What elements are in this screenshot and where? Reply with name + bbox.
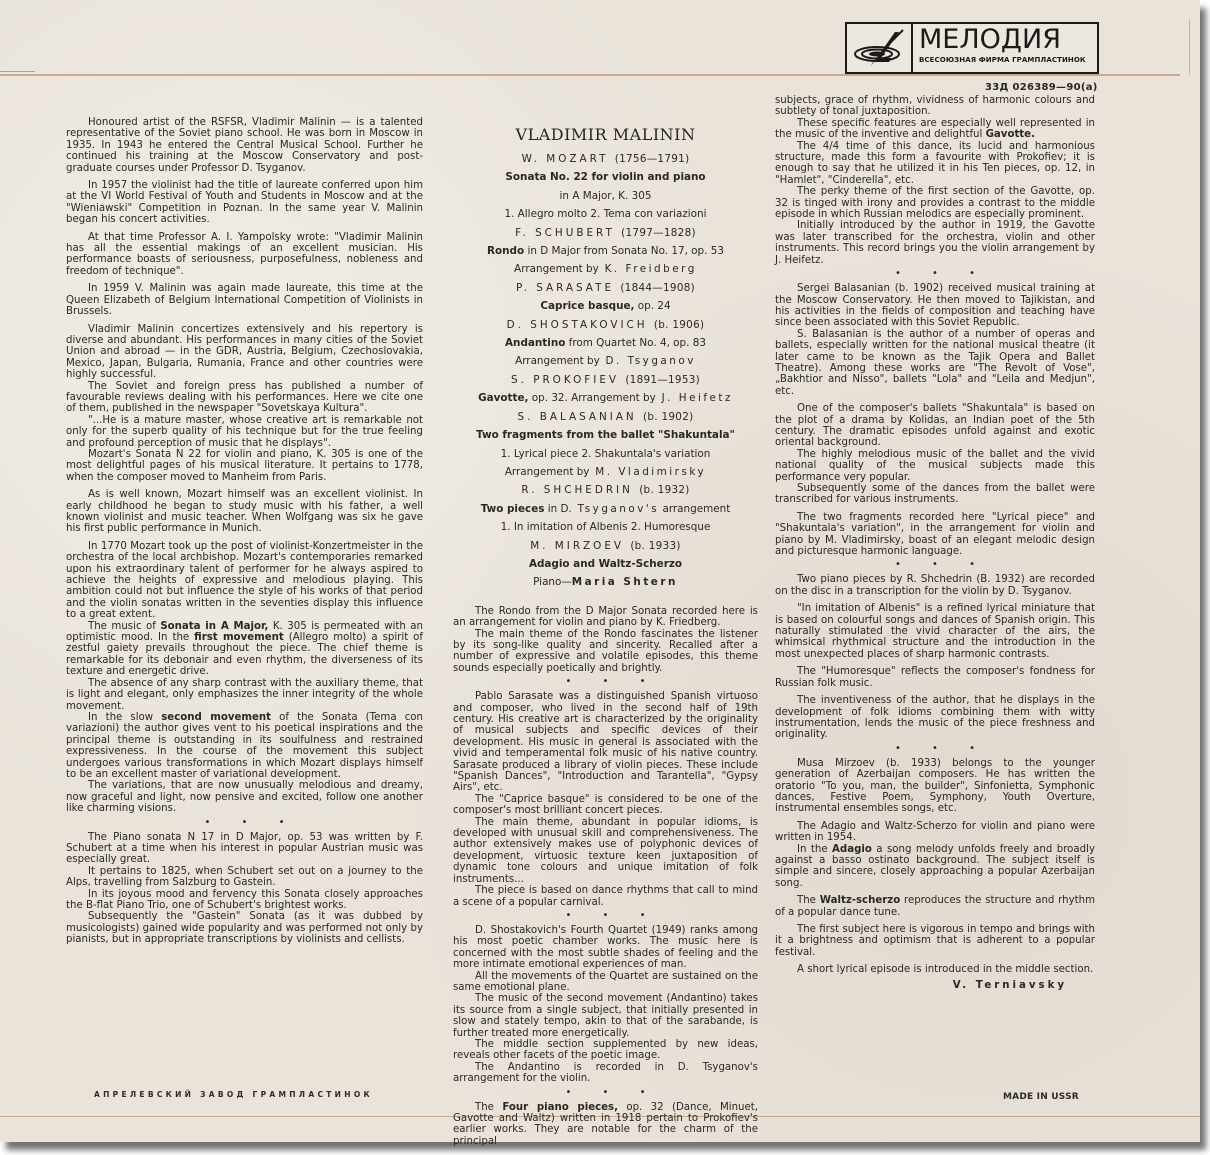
- section-divider: • • •: [789, 267, 1095, 280]
- composer-line: F. SCHUBERT (1797—1828): [453, 224, 758, 242]
- paragraph: The Piano sonata N 17 in D Major, op. 53…: [66, 832, 423, 866]
- paragraph: The inventiveness of the author, that he…: [775, 695, 1095, 741]
- paragraph: In the slow second movement of the Sonat…: [66, 712, 423, 780]
- paragraph: The 4/4 time of this dance, its lucid an…: [775, 141, 1095, 187]
- work-line: Rondo in D Major from Sonata No. 17, op.…: [453, 242, 758, 260]
- paragraph: The Four piano pieces, op. 32 (Dance, Mi…: [453, 1102, 758, 1148]
- paragraph: S. Balasanian is the author of a number …: [775, 329, 1095, 397]
- paragraph: At that time Professor A. I. Yampolsky w…: [66, 232, 423, 278]
- plant-name: АПРЕЛЕВСКИЙ ЗАВОД ГРАМПЛАСТИНОК: [94, 1090, 373, 1099]
- fold-mark: [0, 71, 35, 72]
- paragraph: The Waltz-scherzo reproduces the structu…: [775, 895, 1095, 918]
- paragraph: The "Humoresque" reflects the composer's…: [775, 666, 1095, 689]
- paragraph: The two fragments recorded here "Lyrical…: [775, 512, 1095, 558]
- work-line: 1. Lyrical piece 2. Shakuntala's variati…: [453, 445, 758, 463]
- paragraph: Musa Mirzoev (b. 1933) belongs to the yo…: [775, 758, 1095, 815]
- paragraph: Pablo Sarasate was a distinguished Spani…: [453, 691, 758, 794]
- paragraph: The absence of any sharp contrast with t…: [66, 678, 423, 712]
- paragraph: In the Adagio a song melody unfolds free…: [775, 844, 1095, 890]
- artist-name: VLADIMIR MALININ: [453, 125, 758, 145]
- paragraph: Mozart's Sonata N 22 for violin and pian…: [66, 449, 423, 483]
- paragraph: A short lyrical episode is introduced in…: [775, 964, 1095, 975]
- paragraph: It pertains to 1825, when Schubert set o…: [66, 866, 423, 889]
- section-divider: • • •: [467, 909, 758, 922]
- work-line: Arrangement by K. Freidberg: [453, 260, 758, 278]
- paragraph: The "Caprice basque" is considered to be…: [453, 794, 758, 817]
- section-divider: • • •: [467, 675, 758, 688]
- paragraph: The Soviet and foreign press has publish…: [66, 381, 423, 415]
- composer-line: D. SHOSTAKOVICH (b. 1906): [453, 316, 758, 334]
- work-line: Gavotte, op. 32. Arrangement by J. Heife…: [453, 389, 758, 407]
- paragraph: In 1959 V. Malinin was again made laurea…: [66, 283, 423, 317]
- composer-line: S. BALASANIAN (b. 1902): [453, 408, 758, 426]
- composer-line: P. SARASATE (1844—1908): [453, 279, 758, 297]
- paragraph: The music of Sonata in A Major, K. 305 i…: [66, 621, 423, 678]
- work-line: Two fragments from the ballet "Shakuntal…: [453, 426, 758, 444]
- paragraph: Subsequently some of the dances from the…: [775, 483, 1095, 506]
- paragraph: One of the composer's ballets "Shakuntal…: [775, 403, 1095, 449]
- paragraph: These specific features are especially w…: [775, 118, 1095, 141]
- section-divider: • • •: [467, 1086, 758, 1099]
- paragraph: "...He is a mature master, whose creativ…: [66, 415, 423, 449]
- paragraph: All the movements of the Quartet are sus…: [453, 971, 758, 994]
- work-line: Sonata No. 22 for violin and piano: [453, 168, 758, 186]
- work-line: Adagio and Waltz-Scherzo: [453, 555, 758, 573]
- paragraph: The Adagio and Waltz-Scherzo for violin …: [775, 821, 1095, 844]
- sleeve-flap: [1179, 20, 1190, 75]
- paragraph: Subsequently the "Gastein" Sonata (as it…: [66, 911, 423, 945]
- paragraph: The perky theme of the first section of …: [775, 186, 1095, 220]
- left-column: Honoured artist of the RSFSR, Vladimir M…: [66, 117, 423, 946]
- program-listing: VLADIMIR MALININ W. MOZART (1756—1791)So…: [453, 125, 758, 592]
- track-list: W. MOZART (1756—1791)Sonata No. 22 for v…: [453, 150, 758, 592]
- composer-line: S. PROKOFIEV (1891—1953): [453, 371, 758, 389]
- paragraph: The first subject here is vigorous in te…: [775, 924, 1095, 958]
- composer-line: R. SHCHEDRIN (b. 1932): [453, 481, 758, 499]
- label-name: МЕЛОДИЯ: [919, 26, 1093, 54]
- top-fold-line: [0, 74, 1180, 76]
- label-subtitle: ВСЕСОЮЗНАЯ ФИРМА ГРАМПЛАСТИНОК: [919, 56, 1093, 64]
- paragraph: The Andantino is recorded in D. Tsyganov…: [453, 1062, 758, 1085]
- work-line: 1. In imitation of Albenis 2. Humoresque: [453, 518, 758, 536]
- paragraph: Initially introduced by the author in 19…: [775, 220, 1095, 266]
- paragraph: The middle section supplemented by new i…: [453, 1039, 758, 1062]
- paragraph: The music of the second movement (Andant…: [453, 993, 758, 1039]
- composer-line: M. MIRZOEV (b. 1933): [453, 537, 758, 555]
- paragraph: The piece is based on dance rhythms that…: [453, 885, 758, 908]
- section-divider: • • •: [80, 816, 423, 829]
- paragraph: In 1957 the violinist had the title of l…: [66, 180, 423, 226]
- work-line: in A Major, K. 305: [453, 187, 758, 205]
- paragraph: Two piano pieces by R. Shchedrin (B. 193…: [775, 574, 1095, 597]
- right-notes: subjects, grace of rhythm, vividness of …: [775, 95, 1095, 976]
- work-line: Two pieces in D. Tsyganov's arrangement: [453, 500, 758, 518]
- right-column: subjects, grace of rhythm, vividness of …: [775, 95, 1095, 991]
- middle-notes: The Rondo from the D Major Sonata record…: [453, 606, 758, 1147]
- paragraph: In its joyous mood and fervency this Son…: [66, 889, 423, 912]
- paragraph: Sergei Balasanian (b. 1902) received mus…: [775, 283, 1095, 329]
- composer-line: W. MOZART (1756—1791): [453, 150, 758, 168]
- paragraph: The Rondo from the D Major Sonata record…: [453, 606, 758, 629]
- author-signature: V. Terniavsky: [775, 980, 1095, 991]
- paragraph: Vladimir Malinin concertizes extensively…: [66, 324, 423, 381]
- paragraph: The variations, that are now unusually m…: [66, 780, 423, 814]
- record-sleeve-back: МЕЛОДИЯ ВСЕСОЮЗНАЯ ФИРМА ГРАМПЛАСТИНОК 3…: [0, 0, 1200, 1142]
- work-line: Piano—Maria Shtern: [453, 573, 758, 591]
- melodiya-logo: МЕЛОДИЯ ВСЕСОЮЗНАЯ ФИРМА ГРАМПЛАСТИНОК: [845, 22, 1099, 74]
- paragraph: The highly melodious music of the ballet…: [775, 449, 1095, 483]
- paragraph: As is well known, Mozart himself was an …: [66, 489, 423, 535]
- paragraph: The main theme, abundant in popular idio…: [453, 817, 758, 885]
- work-line: Caprice basque, op. 24: [453, 297, 758, 315]
- middle-column: VLADIMIR MALININ W. MOZART (1756—1791)So…: [453, 117, 758, 1147]
- paragraph: The main theme of the Rondo fascinates t…: [453, 629, 758, 675]
- paragraph: subjects, grace of rhythm, vividness of …: [775, 95, 1095, 118]
- paragraph: "In imitation of Albenis" is a refined l…: [775, 603, 1095, 660]
- paragraph: Honoured artist of the RSFSR, Vladimir M…: [66, 117, 423, 174]
- catalog-number: 33Д 026389—90(а): [985, 82, 1098, 93]
- work-line: Arrangement by D. Tsyganov: [453, 352, 758, 370]
- section-divider: • • •: [789, 742, 1095, 755]
- section-divider: • • •: [789, 558, 1095, 571]
- paragraph: In 1770 Mozart took up the post of violi…: [66, 541, 423, 621]
- work-line: 1. Allegro molto 2. Tema con variazioni: [453, 205, 758, 223]
- made-in-label: MADE IN USSR: [1003, 1092, 1079, 1102]
- record-label-icon: [847, 24, 913, 72]
- work-line: Andantino from Quartet No. 4, op. 83: [453, 334, 758, 352]
- paragraph: D. Shostakovich's Fourth Quartet (1949) …: [453, 925, 758, 971]
- work-line: Arrangement by M. Vladimirsky: [453, 463, 758, 481]
